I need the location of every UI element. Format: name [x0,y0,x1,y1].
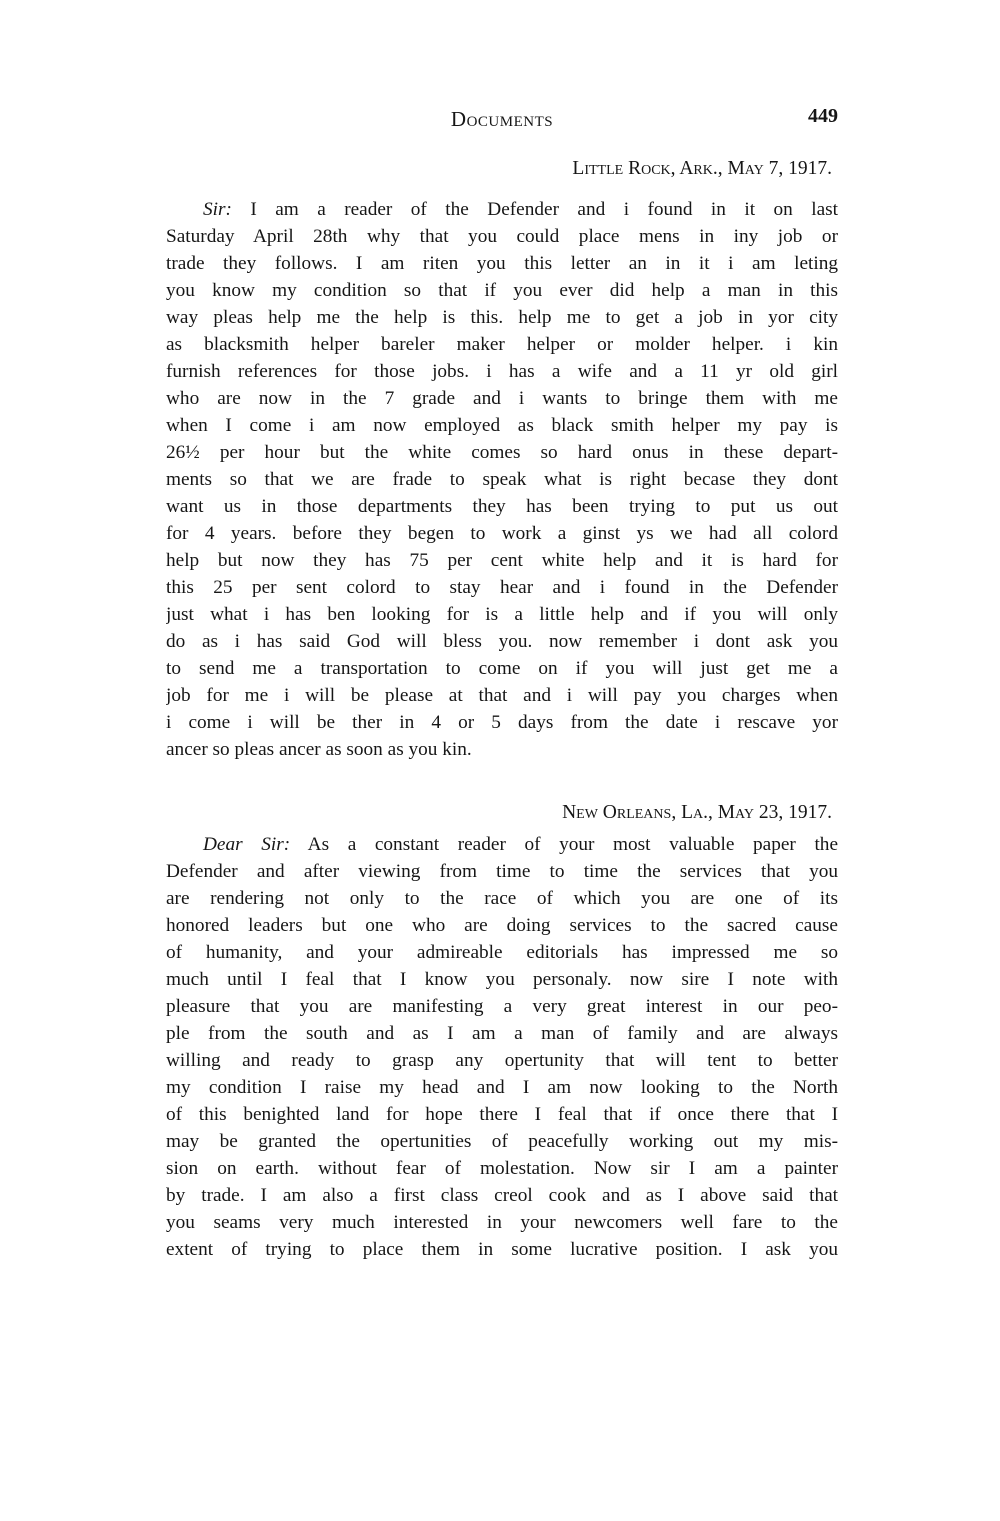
letter-line: do as i has said God will bless you. now… [166,628,838,655]
letter-line: who are now in the 7 grade and i wants t… [166,385,838,412]
letter-line: much until I feal that I know you person… [166,966,838,993]
letter-line: willing and ready to grasp any opertunit… [166,1047,838,1074]
letter-line: you seams very much interested in your n… [166,1209,838,1236]
letter-line: honored leaders but one who are doing se… [166,912,838,939]
letter-line: of this benighted land for hope there I … [166,1101,838,1128]
letter-line: ancer so pleas ancer as soon as you kin. [166,736,838,763]
letter-line: ple from the south and as I am a man of … [166,1020,838,1047]
letter-line: i come i will be ther in 4 or 5 days fro… [166,709,838,736]
letter-line: you know my condition so that if you eve… [166,277,838,304]
letter-line: Dear Sir: As a constant reader of your m… [166,831,838,858]
document-page: Documents 449 Little Rock, Ark., May 7, … [0,0,1000,1521]
letter-line: trade they follows. I am riten you this … [166,250,838,277]
letter-line: of humanity, and your admireable editori… [166,939,838,966]
letter-line: may be granted the opertunities of peace… [166,1128,838,1155]
letter-line: Sir: I am a reader of the Defender and i… [166,196,838,223]
letter-line: as blacksmith helper bareler maker helpe… [166,331,838,358]
letter-line: sion on earth. without fear of molestati… [166,1155,838,1182]
letter-line: furnish references for those jobs. i has… [166,358,838,385]
letter-line: by trade. I am also a first class creol … [166,1182,838,1209]
letter-line: this 25 per sent colord to stay hear and… [166,574,838,601]
letter-line: Saturday April 28th why that you could p… [166,223,838,250]
letter-line: my condition I raise my head and I am no… [166,1074,838,1101]
letter-2-dateline: New Orleans, La., May 23, 1917. [562,802,832,824]
letter-1-dateline: Little Rock, Ark., May 7, 1917. [572,158,832,180]
letter-line: ments so that we are frade to speak what… [166,466,838,493]
letter-line: want us in those departments they has be… [166,493,838,520]
letter-1-salutation: Sir: [203,199,232,220]
letter-line: extent of trying to place them in some l… [166,1236,838,1263]
letter-line: way pleas help me the help is this. help… [166,304,838,331]
letter-line: just what i has ben looking for is a lit… [166,601,838,628]
letter-line: to send me a transportation to come on i… [166,655,838,682]
letter-line: pleasure that you are manifesting a very… [166,993,838,1020]
letter-line: 26½ per hour but the white comes so hard… [166,439,838,466]
letter-2-salutation: Dear Sir: [203,834,290,855]
letter-line: for 4 years. before they begen to work a… [166,520,838,547]
letter-line: job for me i will be please at that and … [166,682,838,709]
letter-line: Defender and after viewing from time to … [166,858,838,885]
letter-2-body: Dear Sir: As a constant reader of your m… [166,831,838,1263]
letter-line: help but now they has 75 per cent white … [166,547,838,574]
page-number: 449 [808,105,838,128]
letter-1-body: Sir: I am a reader of the Defender and i… [166,196,838,763]
running-title: Documents [166,107,838,132]
running-head: Documents 449 [166,107,838,137]
letter-line: are rendering not only to the race of wh… [166,885,838,912]
letter-line: when I come i am now employed as black s… [166,412,838,439]
